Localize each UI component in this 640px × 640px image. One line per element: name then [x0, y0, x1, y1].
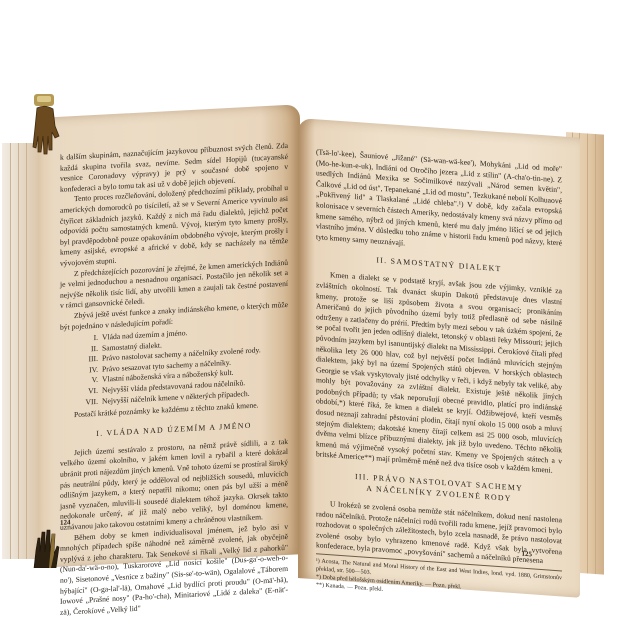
paragraph: (Tsä-lo'-kee), Šauniové „Jižané" (Sä-wan… [316, 147, 562, 260]
page-number: 125 [522, 550, 533, 559]
book-photo: k dalším skupinám, naznačujícím jazykovo… [0, 0, 640, 640]
brass-hand-clip-icon [30, 528, 62, 568]
paragraph: Kmen a dialekt se v podstatě kryjí, avša… [316, 270, 562, 478]
right-page-text: (Tsä-lo'-kee), Šauniové „Jižané" (Sä-wan… [316, 147, 562, 606]
paragraph: Tento proces rozčleňování, doložený před… [60, 183, 288, 269]
paragraph: Jejich území sestávalo z prostoru, na ně… [60, 437, 288, 534]
left-page-edges [2, 143, 43, 559]
left-page: k dalším skupinám, naznačujícím jazykovo… [38, 104, 300, 568]
brass-hand-clip-icon [28, 92, 62, 164]
paragraph: Během doby se kmen individualisoval jmén… [60, 521, 288, 618]
right-page: (Tsä-lo'-kee), Šauniové „Jižané" (Sä-wan… [298, 118, 580, 598]
page-number: 124 [60, 518, 71, 527]
section-heading: I. VLÁDA NAD ÚZEMÍM A JMÉNO [60, 418, 288, 441]
left-page-text: k dalším skupinám, naznačujícím jazykovo… [60, 141, 288, 618]
tribe-characteristics-list: I.Vláda nad územím a jméno. II.Samostatn… [60, 323, 288, 409]
